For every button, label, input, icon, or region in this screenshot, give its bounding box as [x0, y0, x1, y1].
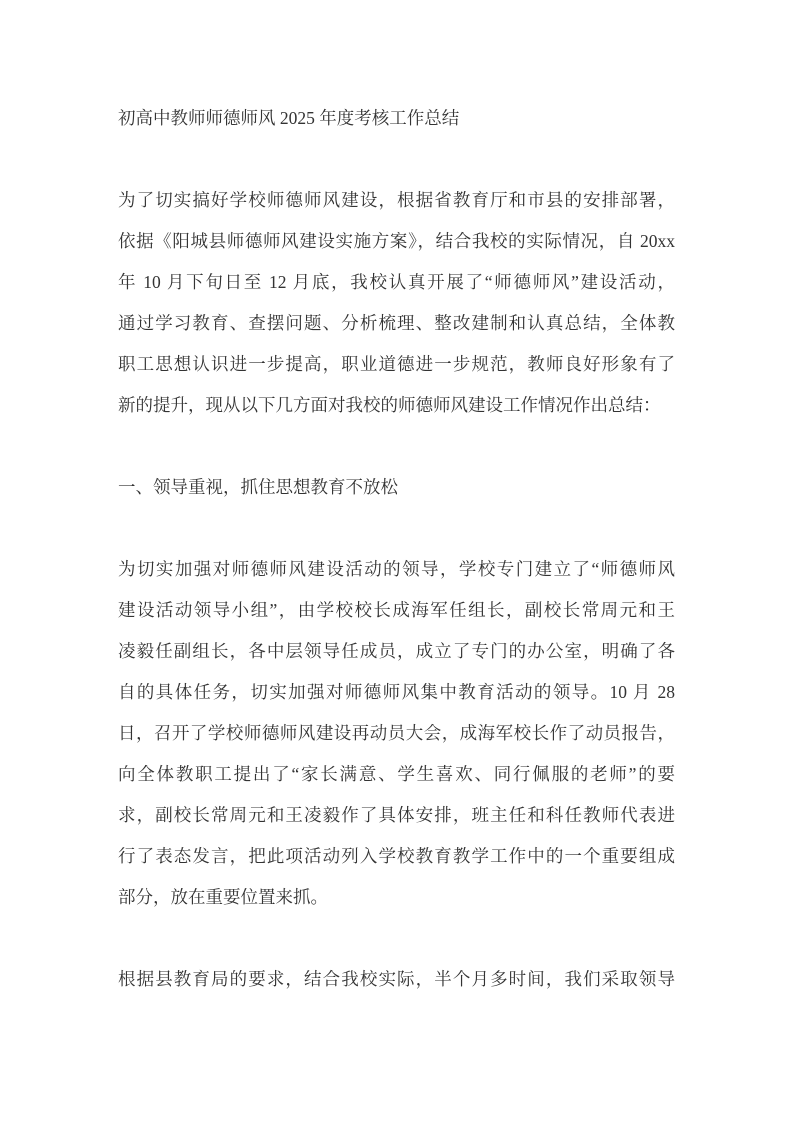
- text-line: 为切实加强对师德师风建设活动的领导，学校专门建立了“师德师风: [118, 549, 675, 590]
- paragraph: 为切实加强对师德师风建设活动的领导，学校专门建立了“师德师风建设活动领导小组”，…: [118, 549, 675, 918]
- text-line: 求，副校长常周元和王凌毅作了具体安排，班主任和科任教师代表进: [118, 795, 675, 836]
- text-line: 依据《阳城县师德师风建设实施方案》，结合我校的实际情况，自 20xx: [118, 221, 675, 262]
- text-line: 行了表态发言，把此项活动列入学校教育教学工作中的一个重要组成: [118, 836, 675, 877]
- text-line: 年 10 月下旬日至 12 月底，我校认真开展了“师德师风”建设活动，: [118, 262, 675, 303]
- document-title: 初高中教师师德师风 2025 年度考核工作总结: [118, 98, 675, 139]
- text-line: 为了切实搞好学校师德师风建设，根据省教育厅和市县的安排部署，: [118, 180, 675, 221]
- text-line: 部分，放在重要位置来抓。: [118, 877, 675, 918]
- text-line: 通过学习教育、查摆问题、分析梳理、整改建制和认真总结，全体教: [118, 303, 675, 344]
- text-line: 向全体教职工提出了“家长满意、学生喜欢、同行佩服的老师”的要: [118, 754, 675, 795]
- text-line: 根据县教育局的要求，结合我校实际，半个月多时间，我们采取领导: [118, 959, 675, 1000]
- text-line: 凌毅任副组长，各中层领导任成员，成立了专门的办公室，明确了各: [118, 631, 675, 672]
- paragraph: 根据县教育局的要求，结合我校实际，半个月多时间，我们采取领导: [118, 959, 675, 1000]
- text-line: 日，召开了学校师德师风建设再动员大会，成海军校长作了动员报告，: [118, 713, 675, 754]
- document-page: 初高中教师师德师风 2025 年度考核工作总结为了切实搞好学校师德师风建设，根据…: [0, 0, 793, 1122]
- text-line: 建设活动领导小组”，由学校校长成海军任组长，副校长常周元和王: [118, 590, 675, 631]
- section-heading: 一、领导重视，抓住思想教育不放松: [118, 467, 675, 508]
- text-line: 新的提升，现从以下几方面对我校的师德师风建设工作情况作出总结：: [118, 385, 675, 426]
- paragraph: 为了切实搞好学校师德师风建设，根据省教育厅和市县的安排部署，依据《阳城县师德师风…: [118, 180, 675, 426]
- text-line: 职工思想认识进一步提高，职业道德进一步规范，教师良好形象有了: [118, 344, 675, 385]
- text-line: 初高中教师师德师风 2025 年度考核工作总结: [118, 98, 675, 139]
- document-body: 初高中教师师德师风 2025 年度考核工作总结为了切实搞好学校师德师风建设，根据…: [118, 98, 675, 1000]
- text-line: 自的具体任务，切实加强对师德师风集中教育活动的领导。10 月 28: [118, 672, 675, 713]
- text-line: 一、领导重视，抓住思想教育不放松: [118, 467, 675, 508]
